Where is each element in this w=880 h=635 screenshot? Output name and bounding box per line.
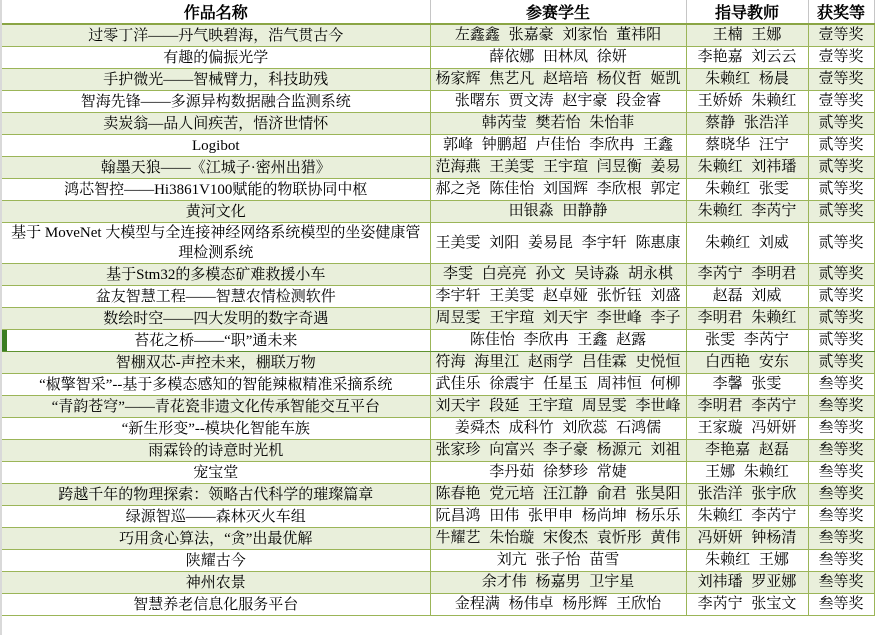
work-name-cell[interactable]: 智海先锋——多源异构数据融合监测系统 [2, 91, 430, 113]
table-row: 智慧养老信息化服务平台 金程满 杨伟卓 杨彤辉 王欣怡 李芮宁 张宝文 叁等奖 [2, 594, 874, 616]
table-row: 神州农景 余才伟 杨嘉男 卫宇星 刘祎璠 罗亚娜 叁等奖 [2, 572, 874, 594]
students-cell[interactable]: 陈佳怡 李欣冉 王鑫 赵露 [430, 330, 686, 352]
students-cell[interactable]: 阮昌鸿 田伟 张甲申 杨尚坤 杨乐乐 [430, 506, 686, 528]
table-row: “椒擎智采”--基于多模态感知的智能辣椒精准采摘系统 武佳乐 徐震宇 任星玉 周… [2, 374, 874, 396]
students-cell[interactable]: 李雯 白亮亮 孙文 吴诗淼 胡永棋 [430, 264, 686, 286]
award-cell[interactable]: 贰等奖 [808, 135, 874, 157]
table-row: 智海先锋——多源异构数据融合监测系统 张曙东 贾文涛 赵宇豪 段金睿 王娇娇 朱… [2, 91, 874, 113]
award-cell[interactable]: 贰等奖 [808, 352, 874, 374]
students-cell[interactable]: 左鑫鑫 张嘉豪 刘家怡 董祎阳 [430, 24, 686, 47]
award-cell[interactable]: 壹等奖 [808, 91, 874, 113]
teachers-cell[interactable]: 朱赖红 刘祎璠 [686, 157, 808, 179]
award-cell[interactable]: 贰等奖 [808, 223, 874, 264]
students-cell[interactable]: 郭峰 钟鹏超 卢佳怡 李欣冉 王鑫 [430, 135, 686, 157]
work-name-cell[interactable]: 宠宝堂 [2, 462, 430, 484]
table-row: Logibot 郭峰 钟鹏超 卢佳怡 李欣冉 王鑫 蔡晓华 汪宁 贰等奖 [2, 135, 874, 157]
table-row: 跨越千年的物理探索：领略古代科学的璀璨篇章 陈春艳 党元培 汪江静 俞君 张昊阳… [2, 484, 874, 506]
table-row: 黄河文化 田银淼 田静静 朱赖红 李芮宁 贰等奖 [2, 201, 874, 223]
column-header-students[interactable]: 参赛学生 [430, 0, 686, 24]
teachers-cell[interactable]: 王娇娇 朱赖红 [686, 91, 808, 113]
table-row: 盆友智慧工程——智慧农情检测软件 李宇轩 王美雯 赵卓娅 张忻钰 刘盛 赵磊 刘… [2, 286, 874, 308]
table-row: 过零丁洋——丹气映碧海，浩气贯古今 左鑫鑫 张嘉豪 刘家怡 董祎阳 王楠 王娜 … [2, 24, 874, 47]
award-cell[interactable]: 叁等奖 [808, 572, 874, 594]
students-cell[interactable]: 李丹茹 徐梦珍 常婕 [430, 462, 686, 484]
teachers-cell[interactable]: 李明君 李芮宁 [686, 396, 808, 418]
work-name-cell[interactable]: 过零丁洋——丹气映碧海，浩气贯古今 [2, 24, 430, 47]
teachers-cell[interactable]: 王家璇 冯妍妍 [686, 418, 808, 440]
teachers-cell[interactable]: 张浩洋 张宇欣 [686, 484, 808, 506]
teachers-cell[interactable]: 白西艳 安东 [686, 352, 808, 374]
award-cell[interactable]: 贰等奖 [808, 179, 874, 201]
teachers-cell[interactable]: 蔡晓华 汪宁 [686, 135, 808, 157]
work-name-cell[interactable]: “新生形变”--模块化智能车族 [2, 418, 430, 440]
table-row: 翰墨天狼——《江城子·密州出猎》 范海燕 王美雯 王宇瑄 闫昱衡 姜易 朱赖红 … [2, 157, 874, 179]
award-cell[interactable]: 贰等奖 [808, 286, 874, 308]
table-row: 鸿芯智控——Hi3861V100赋能的物联协同中枢 郝之尧 陈佳怡 刘国辉 李欣… [2, 179, 874, 201]
work-name-cell[interactable]: 智慧养老信息化服务平台 [2, 594, 430, 616]
work-name-cell[interactable]: 苔花之桥——“职”通未来 [2, 330, 430, 352]
students-cell[interactable]: 郝之尧 陈佳怡 刘国辉 李欣根 郭定 [430, 179, 686, 201]
work-name-cell[interactable]: 鸿芯智控——Hi3861V100赋能的物联协同中枢 [2, 179, 430, 201]
table-row: 雨霖铃的诗意时光机 张家珍 向富兴 李子豪 杨源元 刘祖 李艳嘉 赵磊 叁等奖 [2, 440, 874, 462]
table-row: 智棚双芯-声控未来，棚联万物 符海 海里江 赵雨学 吕佳霖 史悦恒 白西艳 安东… [2, 352, 874, 374]
work-name-cell[interactable]: 翰墨天狼——《江城子·密州出猎》 [2, 157, 430, 179]
table-row-selected: 苔花之桥——“职”通未来 陈佳怡 李欣冉 王鑫 赵露 张雯 李芮宁 贰等奖 [2, 330, 874, 352]
students-cell[interactable]: 张家珍 向富兴 李子豪 杨源元 刘祖 [430, 440, 686, 462]
students-cell[interactable]: 牛耀艺 朱怡璇 宋俊杰 袁忻彤 黄伟 [430, 528, 686, 550]
award-cell[interactable]: 贰等奖 [808, 264, 874, 286]
students-cell[interactable]: 符海 海里江 赵雨学 吕佳霖 史悦恒 [430, 352, 686, 374]
work-name-cell[interactable]: 手护微光——智械臂力，科技助残 [2, 69, 430, 91]
work-name-cell[interactable]: 基于Stm32的多模态矿难救援小车 [2, 264, 430, 286]
students-cell[interactable]: 李宇轩 王美雯 赵卓娅 张忻钰 刘盛 [430, 286, 686, 308]
table-row: 基于Stm32的多模态矿难救援小车 李雯 白亮亮 孙文 吴诗淼 胡永棋 李芮宁 … [2, 264, 874, 286]
students-cell[interactable]: 余才伟 杨嘉男 卫宇星 [430, 572, 686, 594]
award-cell[interactable]: 叁等奖 [808, 418, 874, 440]
students-cell[interactable]: 金程满 杨伟卓 杨彤辉 王欣怡 [430, 594, 686, 616]
students-cell[interactable]: 刘亢 张子怡 苗雪 [430, 550, 686, 572]
teachers-cell[interactable]: 李艳嘉 赵磊 [686, 440, 808, 462]
teachers-cell[interactable]: 赵磊 刘威 [686, 286, 808, 308]
work-name-cell[interactable]: 神州农景 [2, 572, 430, 594]
students-cell[interactable]: 田银淼 田静静 [430, 201, 686, 223]
teachers-cell[interactable]: 李艳嘉 刘云云 [686, 47, 808, 69]
students-cell[interactable]: 姜舜杰 成科竹 刘欣蕊 石鸿儒 [430, 418, 686, 440]
award-cell[interactable]: 叁等奖 [808, 462, 874, 484]
students-cell[interactable]: 韩芮莹 樊若怡 朱怡菲 [430, 113, 686, 135]
teachers-cell[interactable]: 冯妍妍 钟杨清 [686, 528, 808, 550]
work-name-cell[interactable]: 巧用贪心算法，“贪”出最优解 [2, 528, 430, 550]
students-cell[interactable]: 范海燕 王美雯 王宇瑄 闫昱衡 姜易 [430, 157, 686, 179]
students-cell[interactable]: 杨家辉 焦艺凡 赵培培 杨仪哲 姬凯 [430, 69, 686, 91]
award-cell[interactable]: 贰等奖 [808, 330, 874, 352]
work-name-cell[interactable]: 有趣的偏振光学 [2, 47, 430, 69]
work-name-cell[interactable]: 卖炭翁—品人间疾苦，悟济世情怀 [2, 113, 430, 135]
work-name-cell[interactable]: 基于 MoveNet 大模型与全连接神经网络系统模型的坐姿健康管理检测系统 [2, 223, 430, 264]
teachers-cell[interactable]: 朱赖红 张雯 [686, 179, 808, 201]
teachers-cell[interactable]: 李明君 朱赖红 [686, 308, 808, 330]
teachers-cell[interactable]: 朱赖红 李芮宁 [686, 506, 808, 528]
table-row: 数绘时空——四大发明的数字奇遇 周昱雯 王宇瑄 刘天宇 李世峰 李子 李明君 朱… [2, 308, 874, 330]
award-cell[interactable]: 叁等奖 [808, 594, 874, 616]
work-name-cell[interactable]: “椒擎智采”--基于多模态感知的智能辣椒精准采摘系统 [2, 374, 430, 396]
award-cell[interactable]: 叁等奖 [808, 506, 874, 528]
teachers-cell[interactable]: 朱赖红 王娜 [686, 550, 808, 572]
award-cell[interactable]: 壹等奖 [808, 24, 874, 47]
students-cell[interactable]: 周昱雯 王宇瑄 刘天宇 李世峰 李子 [430, 308, 686, 330]
header-row: 作品名称 参赛学生 指导教师 获奖等 [2, 0, 874, 24]
teachers-cell[interactable]: 王楠 王娜 [686, 24, 808, 47]
work-name-cell[interactable]: 盆友智慧工程——智慧农情检测软件 [2, 286, 430, 308]
students-cell[interactable]: 张曙东 贾文涛 赵宇豪 段金睿 [430, 91, 686, 113]
work-name-cell[interactable]: 绿源智巡——森林灭火车组 [2, 506, 430, 528]
award-cell[interactable]: 叁等奖 [808, 484, 874, 506]
work-name-cell[interactable]: 陕耀古今 [2, 550, 430, 572]
table-row: 绿源智巡——森林灭火车组 阮昌鸿 田伟 张甲申 杨尚坤 杨乐乐 朱赖红 李芮宁 … [2, 506, 874, 528]
award-cell[interactable]: 贰等奖 [808, 201, 874, 223]
table-row: 手护微光——智械臂力，科技助残 杨家辉 焦艺凡 赵培培 杨仪哲 姬凯 朱赖红 杨… [2, 69, 874, 91]
award-cell[interactable]: 叁等奖 [808, 528, 874, 550]
work-name-cell[interactable]: 黄河文化 [2, 201, 430, 223]
award-cell[interactable]: 贰等奖 [808, 308, 874, 330]
table-row: 基于 MoveNet 大模型与全连接神经网络系统模型的坐姿健康管理检测系统 王美… [2, 223, 874, 264]
table-row: “青韵苍穹”——青花瓷非遗文化传承智能交互平台 刘天宇 段延 王宇瑄 周昱雯 李… [2, 396, 874, 418]
table-row: 卖炭翁—品人间疾苦，悟济世情怀 韩芮莹 樊若怡 朱怡菲 蔡静 张浩洋 贰等奖 [2, 113, 874, 135]
award-cell[interactable]: 叁等奖 [808, 396, 874, 418]
teachers-cell[interactable]: 朱赖红 刘威 [686, 223, 808, 264]
awards-table: 作品名称 参赛学生 指导教师 获奖等 过零丁洋——丹气映碧海，浩气贯古今 左鑫鑫… [2, 0, 875, 616]
work-name-cell[interactable]: 雨霖铃的诗意时光机 [2, 440, 430, 462]
students-cell[interactable]: 王美雯 刘阳 姜易昆 李宇轩 陈惠康 [430, 223, 686, 264]
students-cell[interactable]: 陈春艳 党元培 汪江静 俞君 张昊阳 [430, 484, 686, 506]
award-cell[interactable]: 叁等奖 [808, 374, 874, 396]
teachers-cell[interactable]: 朱赖红 杨晨 [686, 69, 808, 91]
column-header-award[interactable]: 获奖等 [808, 0, 874, 24]
teachers-cell[interactable]: 李芮宁 李明君 [686, 264, 808, 286]
column-header-teachers[interactable]: 指导教师 [686, 0, 808, 24]
teachers-cell[interactable]: 蔡静 张浩洋 [686, 113, 808, 135]
students-cell[interactable]: 武佳乐 徐震宇 任星玉 周祎恒 何柳 [430, 374, 686, 396]
award-cell[interactable]: 叁等奖 [808, 550, 874, 572]
table-row: 有趣的偏振光学 薛依娜 田林凤 徐妍 李艳嘉 刘云云 壹等奖 [2, 47, 874, 69]
work-name-cell[interactable]: 跨越千年的物理探索：领略古代科学的璀璨篇章 [2, 484, 430, 506]
teachers-cell[interactable]: 刘祎璠 罗亚娜 [686, 572, 808, 594]
award-cell[interactable]: 贰等奖 [808, 157, 874, 179]
teachers-cell[interactable]: 张雯 李芮宁 [686, 330, 808, 352]
spreadsheet-area: 作品名称 参赛学生 指导教师 获奖等 过零丁洋——丹气映碧海，浩气贯古今 左鑫鑫… [0, 0, 880, 635]
award-cell[interactable]: 贰等奖 [808, 113, 874, 135]
students-cell[interactable]: 薛依娜 田林凤 徐妍 [430, 47, 686, 69]
table-row: 宠宝堂 李丹茹 徐梦珍 常婕 王娜 朱赖红 叁等奖 [2, 462, 874, 484]
teachers-cell[interactable]: 李馨 张雯 [686, 374, 808, 396]
table-row: 巧用贪心算法，“贪”出最优解 牛耀艺 朱怡璇 宋俊杰 袁忻彤 黄伟 冯妍妍 钟杨… [2, 528, 874, 550]
work-name-cell[interactable]: Logibot [2, 135, 430, 157]
work-name-cell[interactable]: “青韵苍穹”——青花瓷非遗文化传承智能交互平台 [2, 396, 430, 418]
award-cell[interactable]: 壹等奖 [808, 47, 874, 69]
work-name-cell[interactable]: 智棚双芯-声控未来，棚联万物 [2, 352, 430, 374]
column-header-work-name[interactable]: 作品名称 [2, 0, 430, 24]
teachers-cell[interactable]: 李芮宁 张宝文 [686, 594, 808, 616]
table-row: “新生形变”--模块化智能车族 姜舜杰 成科竹 刘欣蕊 石鸿儒 王家璇 冯妍妍 … [2, 418, 874, 440]
students-cell[interactable]: 刘天宇 段延 王宇瑄 周昱雯 李世峰 [430, 396, 686, 418]
award-cell[interactable]: 叁等奖 [808, 440, 874, 462]
work-name-cell[interactable]: 数绘时空——四大发明的数字奇遇 [2, 308, 430, 330]
teachers-cell[interactable]: 朱赖红 李芮宁 [686, 201, 808, 223]
teachers-cell[interactable]: 王娜 朱赖红 [686, 462, 808, 484]
table-row: 陕耀古今 刘亢 张子怡 苗雪 朱赖红 王娜 叁等奖 [2, 550, 874, 572]
award-cell[interactable]: 壹等奖 [808, 69, 874, 91]
